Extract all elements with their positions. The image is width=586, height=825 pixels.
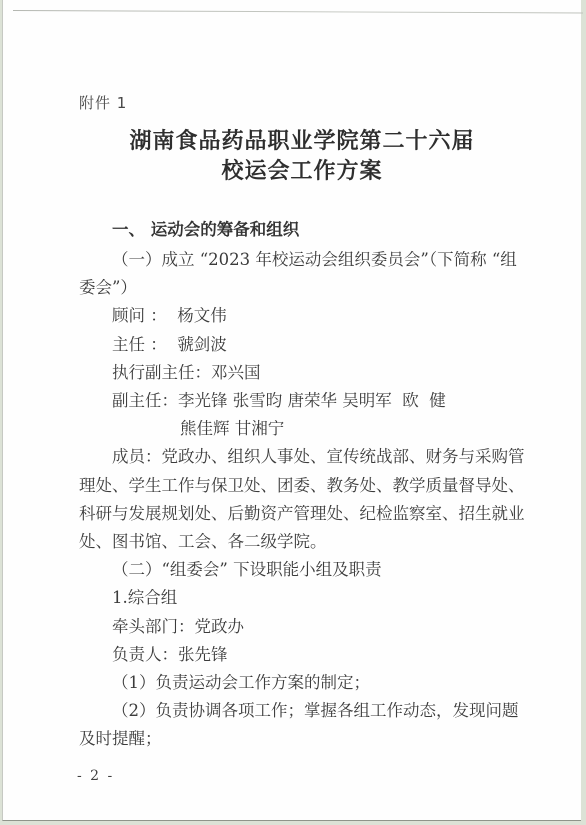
attachment-label: 附件 1 [79, 92, 525, 113]
body-line: （2）负责协调各项工作；掌握各组工作动态，发现问题 [112, 697, 525, 725]
body-line: 负责人：张先锋 [112, 641, 525, 669]
body-line: 成员：党政办、组织人事处、宣传统战部、财务与采购管 [112, 443, 525, 471]
scan-artifact-line [13, 10, 583, 13]
body-line: 牵头部门：党政办 [112, 613, 525, 641]
body-line: （1）负责运动会工作方案的制定； [112, 669, 525, 697]
section-heading: 一、 运动会的筹备和组织 [112, 219, 525, 241]
body-line: 理处、学生工作与保卫处、团委、教务处、教学质量督导处、 [79, 472, 525, 500]
body-line: 科研与发展规划处、后勤资产管理处、纪检监察室、招生就业 [79, 500, 525, 528]
body-line: 主任 ： 虢剑波 [112, 331, 525, 359]
title-line-2: 校运会工作方案 [79, 156, 525, 186]
title-line-1: 湖南食品药品职业学院第二十六届 [79, 126, 525, 156]
body-line: 1.综合组 [112, 584, 525, 612]
body-line: 副主任：李光锋 张雪昀 唐荣华 吴明军 欧 健 [112, 387, 525, 415]
scanned-page: 附件 1 湖南食品药品职业学院第二十六届 校运会工作方案 一、 运动会的筹备和组… [2, 0, 581, 821]
body-line: 委会”） [79, 274, 525, 302]
body-line: 熊佳辉 甘湘宁 [180, 415, 525, 443]
document-body: 附件 1 湖南食品药品职业学院第二十六届 校运会工作方案 一、 运动会的筹备和组… [79, 92, 525, 754]
body-line: （一）成立 “2023 年校运动会组织委员会”（下简称 “组 [112, 246, 525, 274]
body-line: 处、图书馆、工会、各二级学院。 [79, 528, 525, 556]
body-line: （二）“组委会” 下设职能小组及职责 [112, 556, 525, 584]
page-number: - 2 - [77, 768, 114, 784]
body-line: 执行副主任：邓兴国 [112, 359, 525, 387]
body-line: 及时提醒； [79, 725, 525, 753]
body-text: （一）成立 “2023 年校运动会组织委员会”（下简称 “组 委会”） 顾问 ：… [79, 246, 525, 754]
document-title: 湖南食品药品职业学院第二十六届 校运会工作方案 [79, 126, 525, 186]
body-line: 顾问 ： 杨文伟 [112, 302, 525, 330]
